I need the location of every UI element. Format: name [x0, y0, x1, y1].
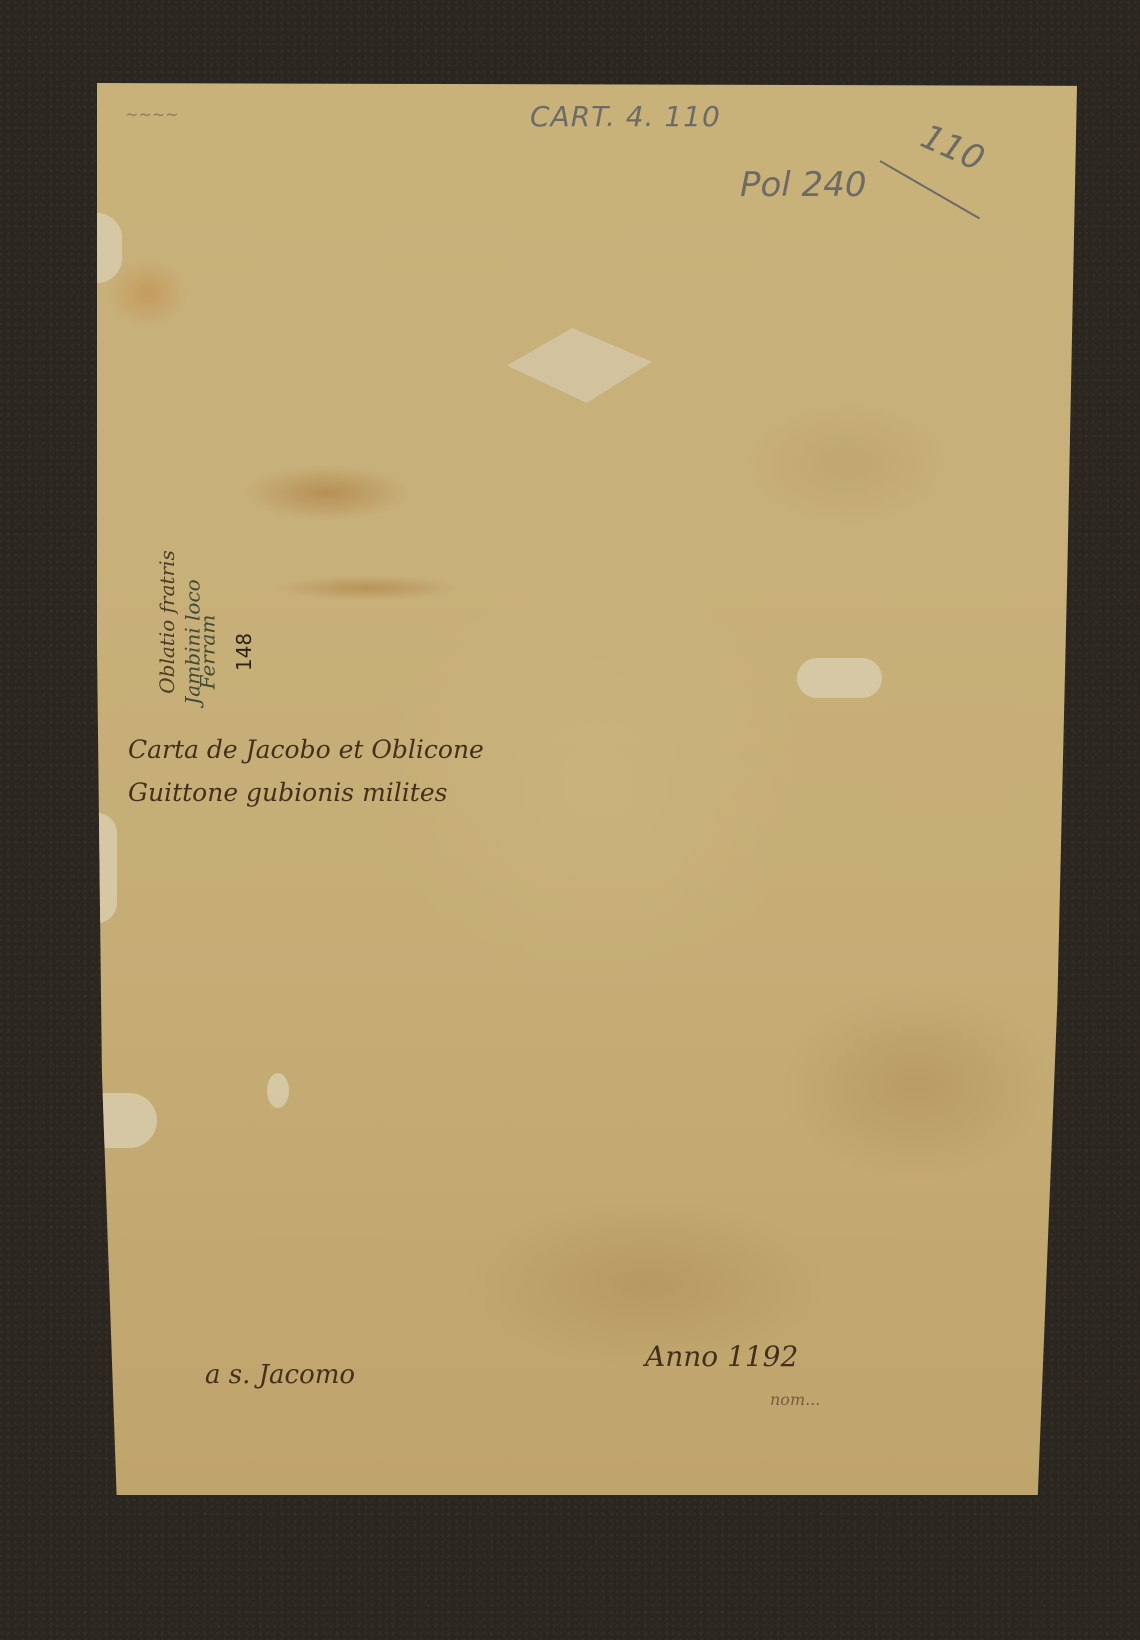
vertical-note-1: Oblatio fratris: [155, 550, 179, 694]
edge-repair-left-bottom: [97, 1093, 157, 1148]
edge-repair-left-lower: [97, 813, 117, 923]
shelf-number: 148: [232, 633, 256, 671]
hole-small: [267, 1073, 289, 1108]
faded-mark: ~~~~: [125, 105, 179, 124]
vertical-note-3: Ferram: [195, 615, 219, 690]
pol-number: Pol 240: [740, 165, 866, 205]
catalog-number: CART. 4. 110: [530, 100, 721, 133]
date-note: Anno 1192: [645, 1340, 798, 1373]
repair-patch: [507, 328, 652, 403]
endorsement-line-2: Guittone gubionis milites: [128, 778, 447, 807]
edge-repair-left: [97, 213, 122, 283]
provenance-note: a s. Jacomo: [205, 1360, 355, 1390]
endorsement-line-1: Carta de Jacobo et Oblicone: [128, 735, 484, 764]
repair-patch-right: [797, 658, 882, 698]
faint-note: nom...: [770, 1390, 820, 1409]
